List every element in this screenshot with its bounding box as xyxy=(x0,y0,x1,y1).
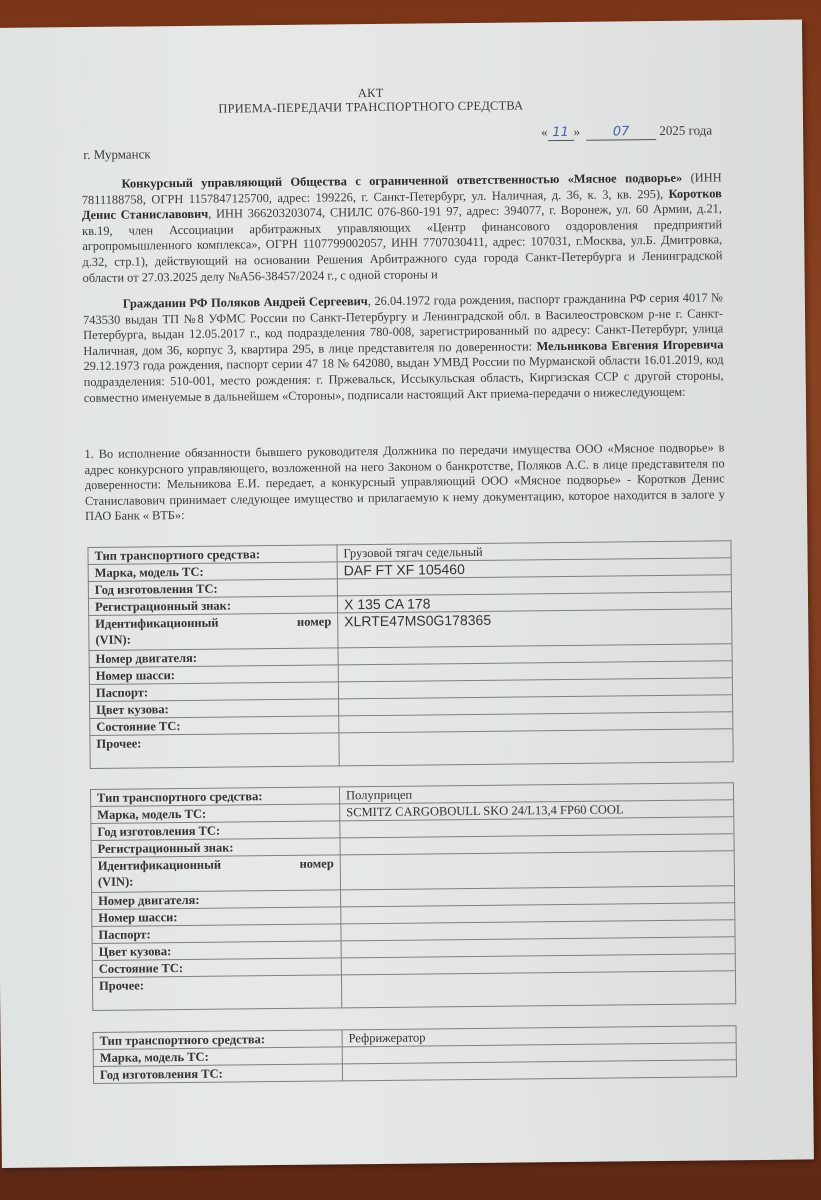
document-city: г. Мурманск xyxy=(83,146,151,163)
value-other xyxy=(339,729,733,766)
party1-paragraph: Конкурсный управляющий Общества с ограни… xyxy=(82,170,723,286)
label-year: Год изготовления ТС: xyxy=(93,1064,342,1084)
label-vin-part: номер xyxy=(299,855,333,871)
clause-1: 1. Во исполнение обязанности бывшего рук… xyxy=(84,440,725,525)
party2-paragraph: Гражданин РФ Поляков Андрей Сергеевич, 2… xyxy=(83,290,724,406)
date-year: 2025 года xyxy=(659,122,712,138)
document-date: «11»07 2025 года xyxy=(541,122,712,141)
vehicle-table-2: Тип транспортного средства:Полуприцеп Ма… xyxy=(90,782,736,1011)
label-other: Прочее: xyxy=(92,975,341,1011)
date-close-quote: » xyxy=(574,124,581,139)
value-vin xyxy=(340,851,734,890)
table-row: Прочее: xyxy=(92,971,735,1011)
label-vin-part: номер xyxy=(297,613,331,629)
vehicle-table-3: Тип транспортного средства:Рефрижератор … xyxy=(93,1025,738,1084)
document-page: АКТ ПРИЕМА-ПЕРЕДАЧИ ТРАНСПОРТНОГО СРЕДСТ… xyxy=(0,19,814,1167)
label-other: Прочее: xyxy=(90,733,339,769)
date-month-handwritten: 07 xyxy=(586,124,656,141)
label-vin-part: (VIN): xyxy=(98,871,334,889)
label-vin-part: Идентификационный xyxy=(95,615,218,632)
party2-representative-details: 29.12.1973 года рождения, паспорт серии … xyxy=(83,353,723,405)
value-year xyxy=(342,1060,736,1081)
vehicle-table-1: Тип транспортного средства:Грузовой тяга… xyxy=(87,540,733,769)
label-vin: Идентификационныйномер(VIN): xyxy=(91,855,340,893)
label-vin: Идентификационныйномер(VIN): xyxy=(89,613,338,651)
value-vin: XLRTE47MS0G178365 xyxy=(338,609,732,648)
date-day-handwritten: 11 xyxy=(548,125,574,141)
value-other xyxy=(341,971,735,1008)
label-vin-part: (VIN): xyxy=(95,629,331,647)
party2-name: Гражданин РФ Поляков Андрей Сергеевич xyxy=(123,294,368,311)
party2-representative-name: Мельникова Евгения Игоревича xyxy=(536,337,723,353)
label-vin-part: Идентификационный xyxy=(98,857,221,874)
table-row: Прочее: xyxy=(90,729,733,769)
